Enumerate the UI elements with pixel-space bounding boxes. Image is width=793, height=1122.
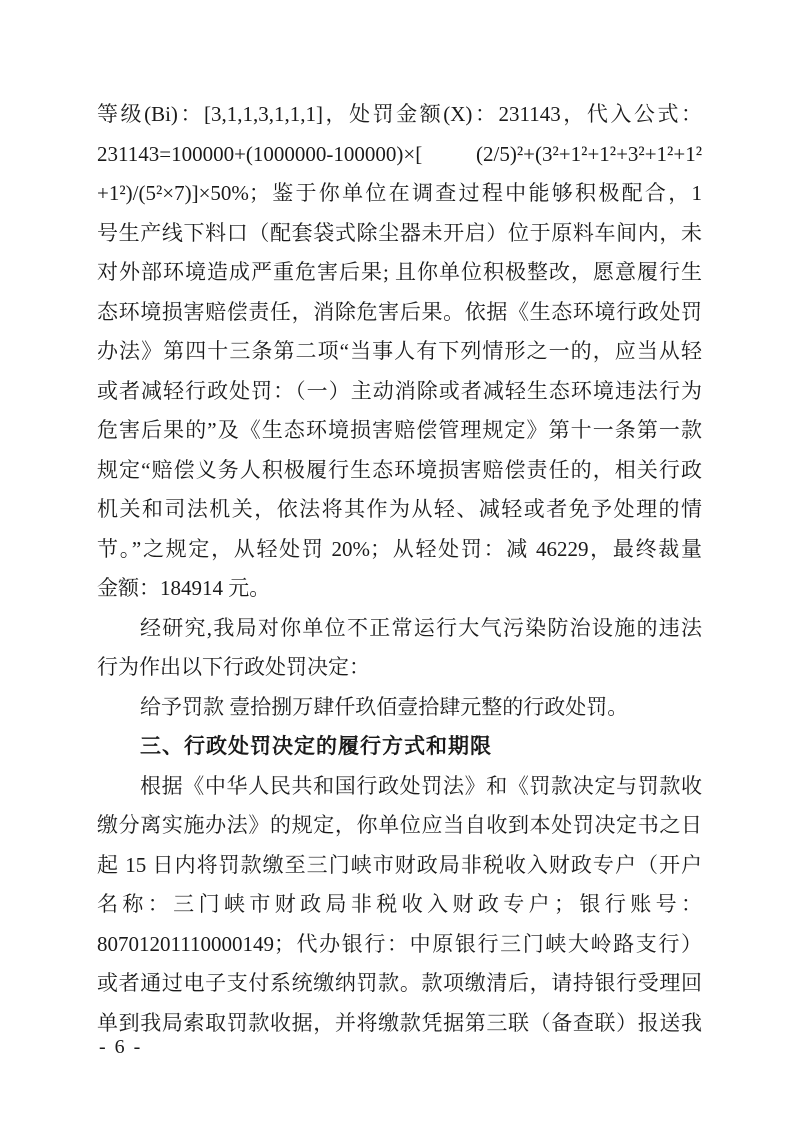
section-heading: 三、行政处罚决定的履行方式和期限 [97, 727, 702, 767]
text-line-11: 机关和司法机关，依法将其作为从轻、减轻或者免予处理的情 [97, 490, 702, 530]
text-line-21: 名称：三门峡市财政局非税收入财政专户；银行账号： [97, 885, 702, 925]
text-line-20: 起 15 日内将罚款缴至三门峡市财政局非税收入财政专户（开户 [97, 846, 702, 886]
text-line-4: 号生产线下料口（配套袋式除尘器未开启）位于原料车间内，未 [97, 214, 702, 254]
page-number: - 6 - [99, 1033, 142, 1061]
text-line-12: 节。”之规定，从轻处罚 20%；从轻处罚：减 46229，最终裁量 [97, 530, 702, 570]
text-line-14: 经研究,我局对你单位不正常运行大气污染防治设施的违法 [97, 609, 702, 649]
text-line-6: 态环境损害赔偿责任，消除危害后果。依据《生态环境行政处罚 [97, 293, 702, 333]
text-line-24: 单到我局索取罚款收据，并将缴款凭据第三联（备查联）报送我 [97, 1004, 702, 1044]
text-line-23: 或者通过电子支付系统缴纳罚款。款项缴清后，请持银行受理回 [97, 964, 702, 1004]
text-line-1: 等级(Bi)：[3,1,1,3,1,1,1]，处罚金额(X)：231143，代入… [97, 95, 702, 135]
document-body: 等级(Bi)：[3,1,1,3,1,1,1]，处罚金额(X)：231143，代入… [97, 95, 702, 1043]
text-line-18: 根据《中华人民共和国行政处罚法》和《罚款决定与罚款收 [97, 767, 702, 807]
text-line-16: 给予罚款 壹拾捌万肆仟玖佰壹拾肆元整的行政处罚。 [97, 688, 702, 728]
text-line-13: 金额：184914 元。 [97, 569, 702, 609]
text-line-10: 规定“赔偿义务人积极履行生态环境损害赔偿责任的，相关行政 [97, 451, 702, 491]
text-line-8: 或者减轻行政处罚：（一）主动消除或者减轻生态环境违法行为 [97, 372, 702, 412]
text-line-9: 危害后果的”及《生态环境损害赔偿管理规定》第十一条第一款 [97, 411, 702, 451]
text-line-5: 对外部环境造成严重危害后果; 且你单位积极整改，愿意履行生 [97, 253, 702, 293]
text-line-3: +1²)/(5²×7)]×50%；鉴于你单位在调查过程中能够积极配合，1 [97, 174, 702, 214]
text-line-7: 办法》第四十三条第二项“当事人有下列情形之一的，应当从轻 [97, 332, 702, 372]
text-line-15: 行为作出以下行政处罚决定： [97, 648, 702, 688]
text-line-2: 231143=100000+(1000000-100000)×[ (2/5)²+… [97, 135, 702, 175]
text-line-22: 80701201110000149；代办银行：中原银行三门峡大岭路支行） [97, 925, 702, 965]
text-line-19: 缴分离实施办法》的规定，你单位应当自收到本处罚决定书之日 [97, 806, 702, 846]
document-page: 等级(Bi)：[3,1,1,3,1,1,1]，处罚金额(X)：231143，代入… [0, 0, 793, 1122]
